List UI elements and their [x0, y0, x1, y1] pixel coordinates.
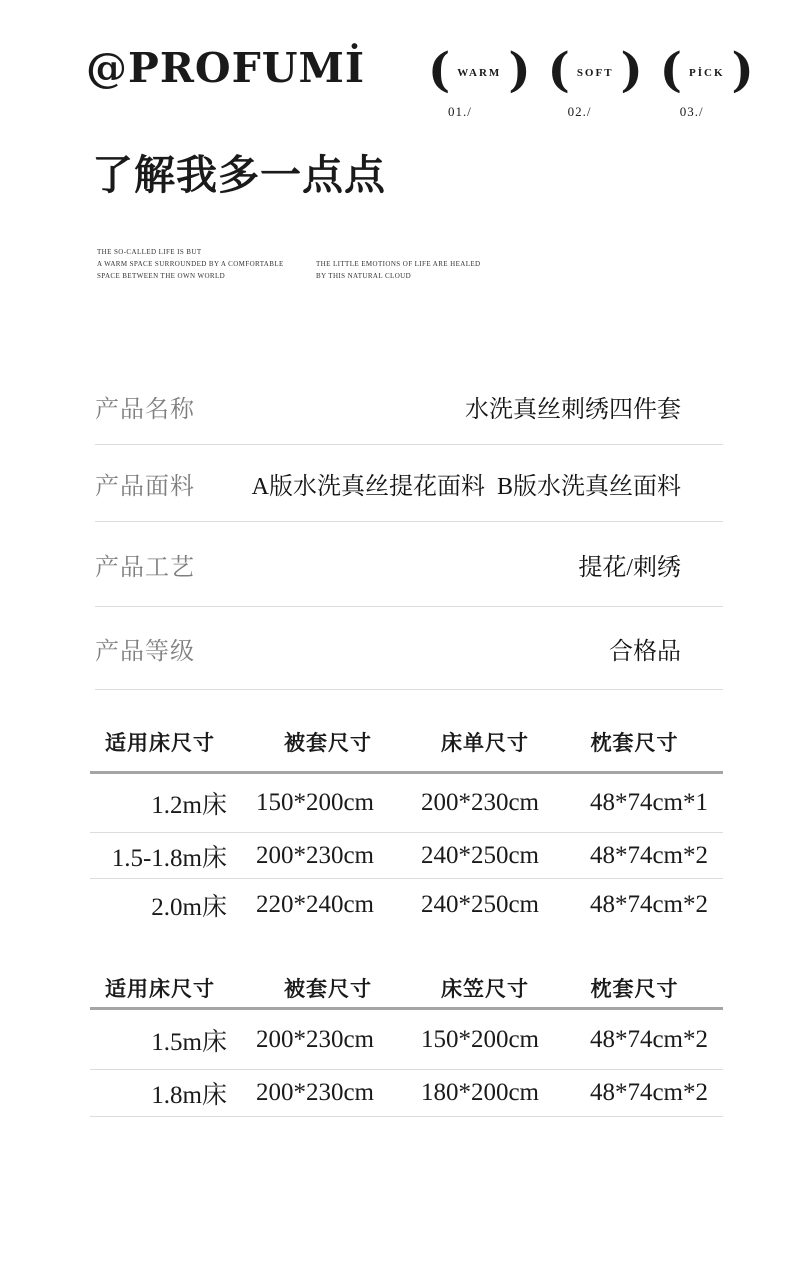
table-header-cell: 枕套尺寸 [546, 973, 723, 1003]
intro-text-right: THE LITTLE EMOTIONS OF LIFE ARE HEALED B… [316, 258, 481, 282]
spec-row-grade: 产品等级 合格品 [95, 607, 723, 690]
table-header-cell: 床笠尺寸 [378, 973, 546, 1003]
table-row: 1.5-1.8m床 200*230cm 240*250cm 48*74cm*2 [90, 833, 723, 879]
close-paren-icon: ) [621, 50, 643, 92]
spec-row-craft: 产品工艺 提花/刺绣 [95, 522, 723, 607]
brand-logo: @PROFUMİ [86, 44, 365, 92]
table-row: 2.0m床 220*240cm 240*250cm 48*74cm*2 [90, 879, 723, 931]
table-cell: 1.2m床 [90, 785, 230, 821]
table-header-cell: 床单尺寸 [378, 727, 546, 757]
table-cell: 1.5m床 [90, 1022, 230, 1058]
badge-soft-top: ( SOFT ) [548, 50, 643, 92]
close-paren-icon: ) [732, 50, 754, 92]
table-header-cell: 适用床尺寸 [90, 727, 230, 757]
table-cell: 240*250cm [378, 842, 546, 870]
table-cell: 200*230cm [378, 789, 546, 817]
table-header-cell: 被套尺寸 [230, 727, 378, 757]
spec-list: 产品名称 水洗真丝刺绣四件套 产品面料 A版水洗真丝提花面料 B版水洗真丝面料 … [95, 368, 723, 690]
product-detail-page: @PROFUMİ ( WARM ) 01./ ( SOFT ) 02./ ( P… [0, 0, 790, 1263]
spec-row-fabric: 产品面料 A版水洗真丝提花面料 B版水洗真丝面料 [95, 445, 723, 522]
open-paren-icon: ( [548, 50, 570, 92]
spec-value: 合格品 [609, 631, 723, 666]
table-cell: 48*74cm*2 [546, 891, 723, 919]
spec-row-name: 产品名称 水洗真丝刺绣四件套 [95, 368, 723, 445]
intro-text-left: THE SO-CALLED LIFE IS BUT A WARM SPACE S… [97, 246, 284, 282]
table-cell: 48*74cm*1 [546, 789, 723, 817]
page-title: 了解我多一点点 [92, 142, 386, 201]
table-cell: 48*74cm*2 [546, 842, 723, 870]
size-table-fitted: 适用床尺寸 被套尺寸 床笠尺寸 枕套尺寸 1.5m床 200*230cm 150… [90, 968, 723, 1117]
table-row: 1.8m床 200*230cm 180*200cm 48*74cm*2 [90, 1070, 723, 1117]
badge-group: ( WARM ) 01./ ( SOFT ) 02./ ( PİCK ) 03.… [428, 50, 754, 120]
badge-pick-label: PİCK [689, 63, 725, 79]
badge-soft: ( SOFT ) 02./ [548, 50, 643, 120]
badge-soft-label: SOFT [577, 63, 614, 79]
table-cell: 1.5-1.8m床 [90, 838, 230, 874]
table-cell: 220*240cm [230, 891, 378, 919]
table-header-cell: 枕套尺寸 [546, 727, 723, 757]
intro-line: BY THIS NATURAL CLOUD [316, 270, 481, 282]
table-cell: 200*230cm [230, 842, 378, 870]
spec-value: A版水洗真丝提花面料 B版水洗真丝面料 [252, 466, 723, 501]
table-header-row: 适用床尺寸 被套尺寸 床单尺寸 枕套尺寸 [90, 712, 723, 774]
open-paren-icon: ( [428, 50, 450, 92]
spec-value: 提花/刺绣 [578, 547, 723, 582]
spec-label: 产品面料 [95, 466, 195, 501]
badge-pick-top: ( PİCK ) [660, 50, 754, 92]
table-cell: 150*200cm [378, 1026, 546, 1054]
table-cell: 240*250cm [378, 891, 546, 919]
intro-line: A WARM SPACE SURROUNDED BY A COMFORTABLE [97, 258, 284, 270]
open-paren-icon: ( [660, 50, 682, 92]
spec-label: 产品等级 [95, 631, 195, 666]
badge-warm-label: WARM [457, 63, 501, 79]
table-header-cell: 适用床尺寸 [90, 973, 230, 1003]
table-cell: 180*200cm [378, 1079, 546, 1107]
spec-value: 水洗真丝刺绣四件套 [465, 389, 723, 424]
table-cell: 2.0m床 [90, 887, 230, 923]
badge-warm-top: ( WARM ) [428, 50, 531, 92]
table-header-row: 适用床尺寸 被套尺寸 床笠尺寸 枕套尺寸 [90, 968, 723, 1010]
badge-warm: ( WARM ) 01./ [428, 50, 531, 120]
table-cell: 48*74cm*2 [546, 1079, 723, 1107]
spec-label: 产品名称 [95, 389, 195, 424]
table-cell: 150*200cm [230, 789, 378, 817]
intro-line: THE SO-CALLED LIFE IS BUT [97, 246, 284, 258]
table-cell: 1.8m床 [90, 1075, 230, 1111]
badge-soft-number: 02./ [568, 104, 643, 120]
spec-label: 产品工艺 [95, 547, 195, 582]
table-cell: 200*230cm [230, 1026, 378, 1054]
table-cell: 200*230cm [230, 1079, 378, 1107]
close-paren-icon: ) [508, 50, 530, 92]
table-cell: 48*74cm*2 [546, 1026, 723, 1054]
table-row: 1.5m床 200*230cm 150*200cm 48*74cm*2 [90, 1010, 723, 1070]
badge-warm-number: 01./ [448, 104, 531, 120]
intro-line: THE LITTLE EMOTIONS OF LIFE ARE HEALED [316, 258, 481, 270]
badge-pick-number: 03./ [680, 104, 754, 120]
size-table-sheet: 适用床尺寸 被套尺寸 床单尺寸 枕套尺寸 1.2m床 150*200cm 200… [90, 712, 723, 931]
badge-pick: ( PİCK ) 03./ [660, 50, 754, 120]
table-header-cell: 被套尺寸 [230, 973, 378, 1003]
intro-line: SPACE BETWEEN THE OWN WORLD [97, 270, 284, 282]
table-row: 1.2m床 150*200cm 200*230cm 48*74cm*1 [90, 774, 723, 833]
